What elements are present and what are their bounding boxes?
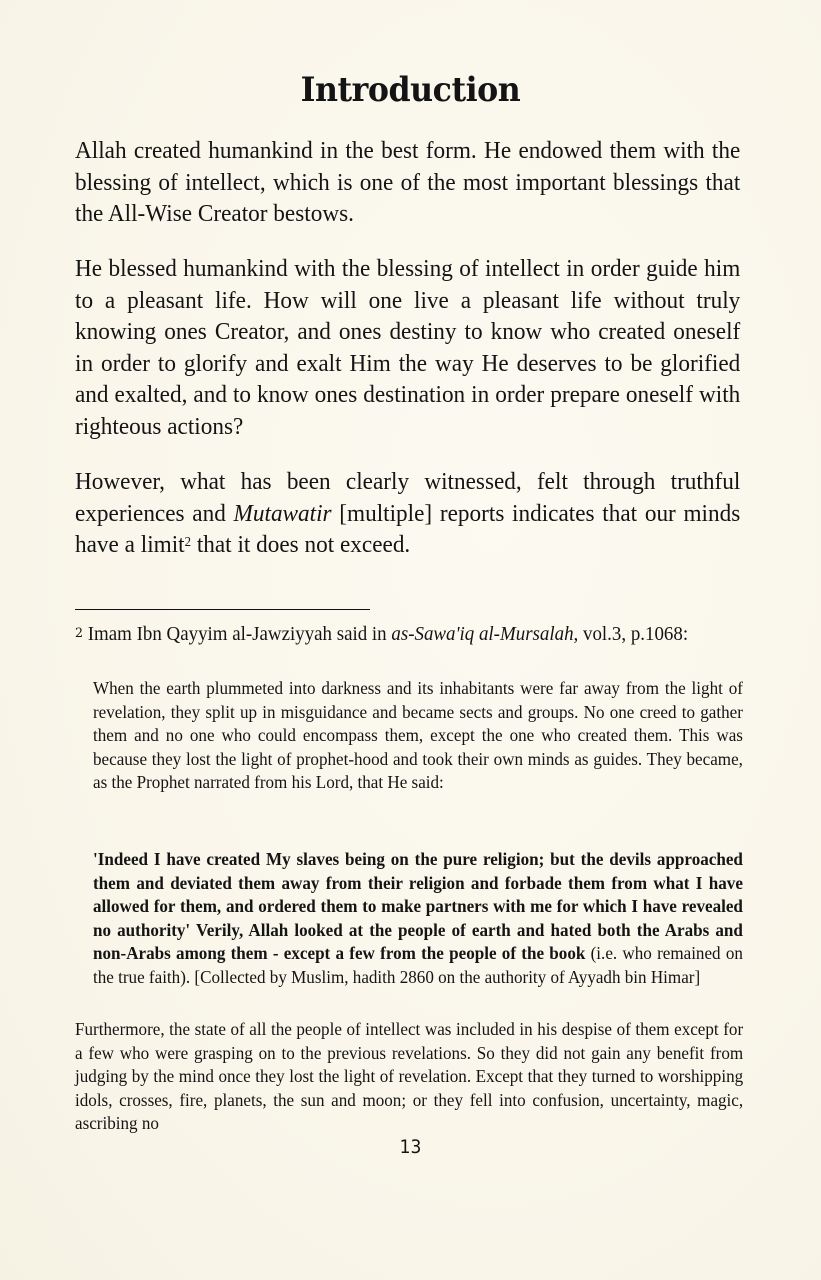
footnote-intro: 2 Imam Ibn Qayyim al-Jawziyyah said in a… [75,623,744,648]
italic-term-mutawatir: Mutawatir [234,500,332,527]
paragraph-3-text-end: that it does not exceed. [191,531,410,558]
chapter-title: Introduction [29,70,793,110]
page-number: 13 [41,1136,780,1158]
paragraph-3: However, what has been clearly witnessed… [75,466,740,561]
footnote-quote-1: When the earth plummeted into darkness a… [93,677,743,795]
book-page: Introduction Allah created humankind in … [0,0,821,1280]
footnote-book-title: as-Sawa'iq al-Mursalah, [391,624,578,645]
footnote-intro-text: Imam Ibn Qayyim al-Jawziyyah said in [83,624,391,645]
paragraph-2: He blessed humankind with the blessing o… [75,253,740,442]
footnote-citation: vol.3, p.1068: [578,624,688,645]
footnote-number: 2 [75,626,83,641]
footnote-continuation: Furthermore, the state of all the people… [75,1018,743,1136]
footnote-quote-hadith: 'Indeed I have created My slaves being o… [93,848,743,990]
footnote-reference[interactable]: 2 [185,534,191,549]
paragraph-1: Allah created humankind in the best form… [75,135,740,230]
footnote-separator [75,609,370,610]
